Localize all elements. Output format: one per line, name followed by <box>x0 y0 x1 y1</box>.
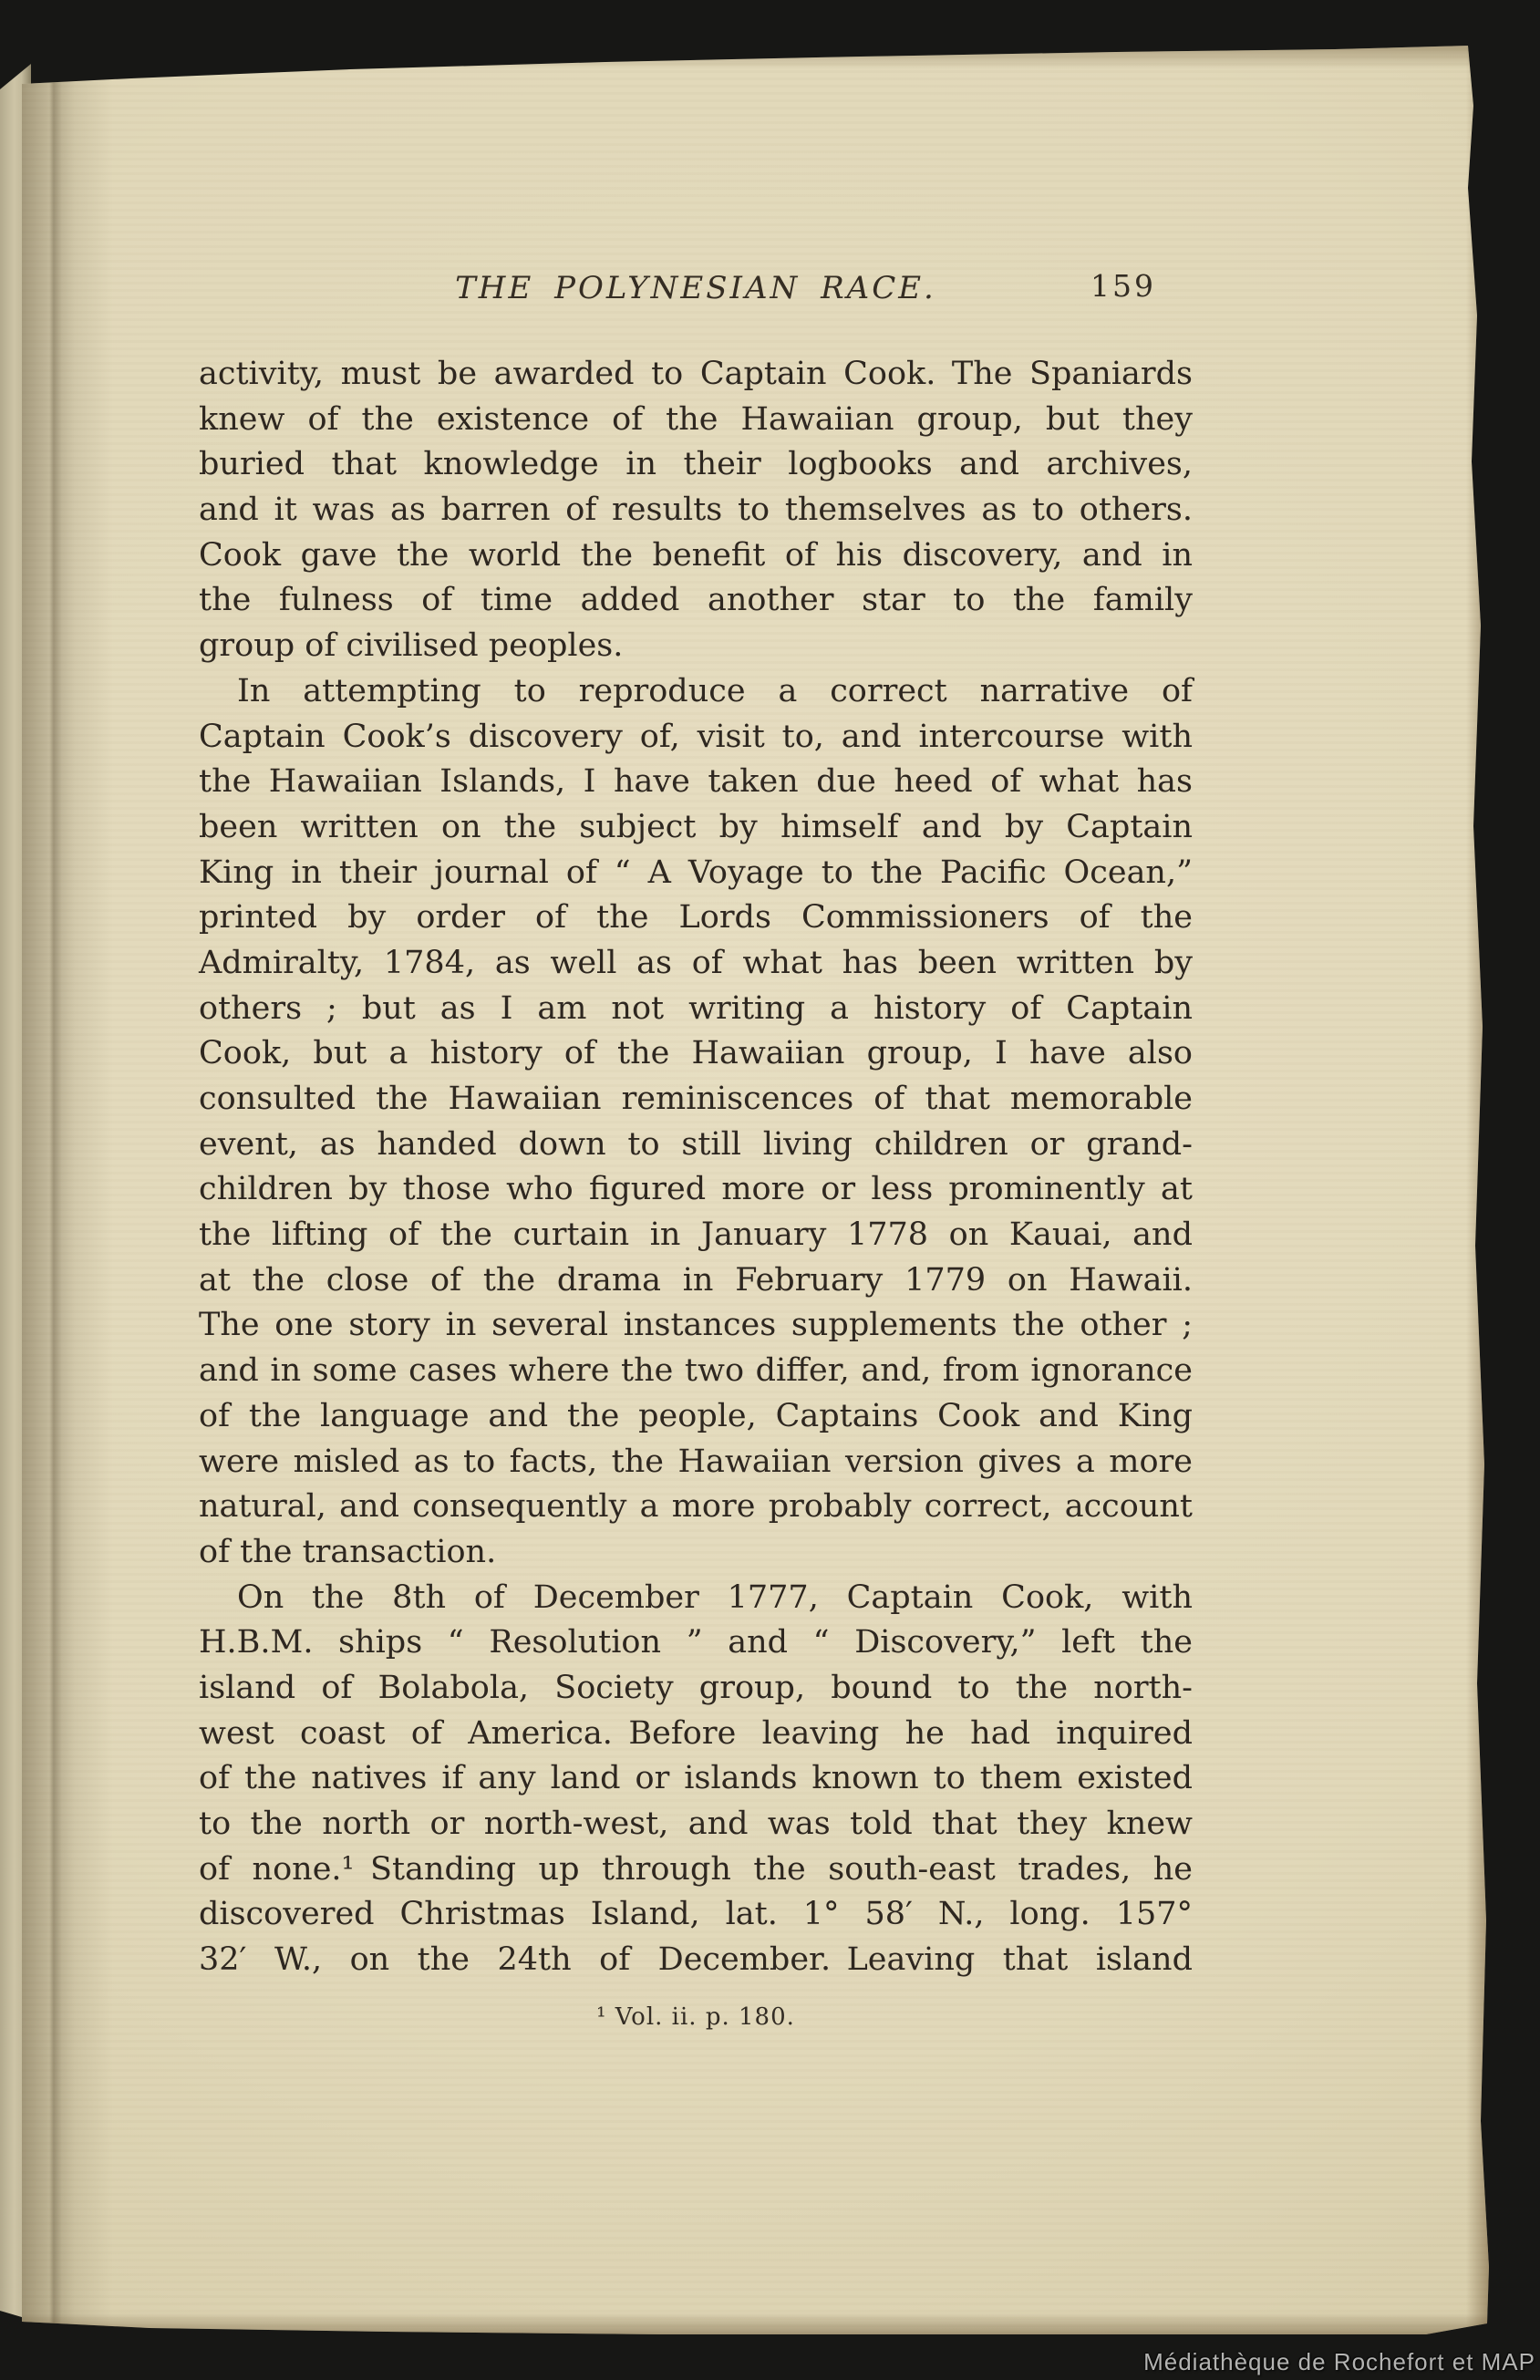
text-line: been written on the subject by himself a… <box>199 805 1193 851</box>
text-line: In attempting to reproduce a correct nar… <box>199 669 1193 715</box>
text-line: Admiralty, 1784, as well as of what has … <box>199 941 1193 987</box>
text-line: the lifting of the curtain in January 17… <box>199 1213 1193 1258</box>
paragraph: On the 8th of December 1777, Captain Coo… <box>199 1576 1193 1983</box>
text-line: children by those who figured more or le… <box>199 1167 1193 1213</box>
text-line: and in some cases where the two differ, … <box>199 1349 1193 1394</box>
running-title: THE POLYNESIAN RACE. <box>199 266 1193 310</box>
text-line: Captain Cook’s discovery of, visit to, a… <box>199 715 1193 761</box>
text-line: west coast of America. Before leaving he… <box>199 1712 1193 1757</box>
text-line: were misled as to facts, the Hawaiian ve… <box>199 1440 1193 1485</box>
library-watermark: Médiathèque de Rochefort et MAP <box>1143 2348 1535 2376</box>
paragraph: activity, must be awarded to Captain Coo… <box>199 352 1193 669</box>
text-line: King in their journal of “ A Voyage to t… <box>199 851 1193 896</box>
text-line: buried that knowledge in their logbooks … <box>199 442 1193 488</box>
body-text: activity, must be awarded to Captain Coo… <box>199 352 1193 2031</box>
footnote: ¹ Vol. ii. p. 180. <box>199 2003 1193 2031</box>
text-line: Cook, but a history of the Hawaiian grou… <box>199 1031 1193 1077</box>
page-number: 159 <box>1090 268 1156 304</box>
text-line: the Hawaiian Islands, I have taken due h… <box>199 760 1193 805</box>
text-line: at the close of the drama in February 17… <box>199 1258 1193 1304</box>
text-line: knew of the existence of the Hawaiian gr… <box>199 398 1193 443</box>
text-line: discovered Christmas Island, lat. 1° 58′… <box>199 1892 1193 1938</box>
text-line: the fulness of time added another star t… <box>199 578 1193 624</box>
text-line: printed by order of the Lords Commission… <box>199 895 1193 941</box>
text-line: The one story in several instances suppl… <box>199 1303 1193 1349</box>
book-page: THE POLYNESIAN RACE. 159 activity, must … <box>22 42 1490 2334</box>
text-line: island of Bolabola, Society group, bound… <box>199 1666 1193 1712</box>
text-line: of none.¹ Standing up through the south-… <box>199 1847 1193 1893</box>
text-line: of the transaction. <box>199 1530 1193 1576</box>
text-line: of the language and the people, Captains… <box>199 1394 1193 1440</box>
text-line: Cook gave the world the benefit of his d… <box>199 533 1193 579</box>
text-line: natural, and consequently a more probabl… <box>199 1485 1193 1530</box>
text-line: 32′ W., on the 24th of December. Leaving… <box>199 1938 1193 1983</box>
text-line: On the 8th of December 1777, Captain Coo… <box>199 1576 1193 1621</box>
paragraph: In attempting to reproduce a correct nar… <box>199 669 1193 1576</box>
text-line: event, as handed down to still living ch… <box>199 1123 1193 1168</box>
text-line: activity, must be awarded to Captain Coo… <box>199 352 1193 398</box>
text-line: and it was as barren of results to thems… <box>199 488 1193 533</box>
scanned-book-photo: { "header": { "title": "THE POLYNESIAN R… <box>0 0 1540 2380</box>
text-line: others ; but as I am not writing a histo… <box>199 987 1193 1032</box>
text-line: of the natives if any land or islands kn… <box>199 1756 1193 1802</box>
page-header: THE POLYNESIAN RACE. 159 <box>199 266 1193 314</box>
text-line: group of civilised peoples. <box>199 624 1193 669</box>
text-line: consulted the Hawaiian reminiscences of … <box>199 1077 1193 1123</box>
text-line: H.B.M. ships “ Resolution ” and “ Discov… <box>199 1620 1193 1666</box>
text-line: to the north or north-west, and was told… <box>199 1802 1193 1847</box>
